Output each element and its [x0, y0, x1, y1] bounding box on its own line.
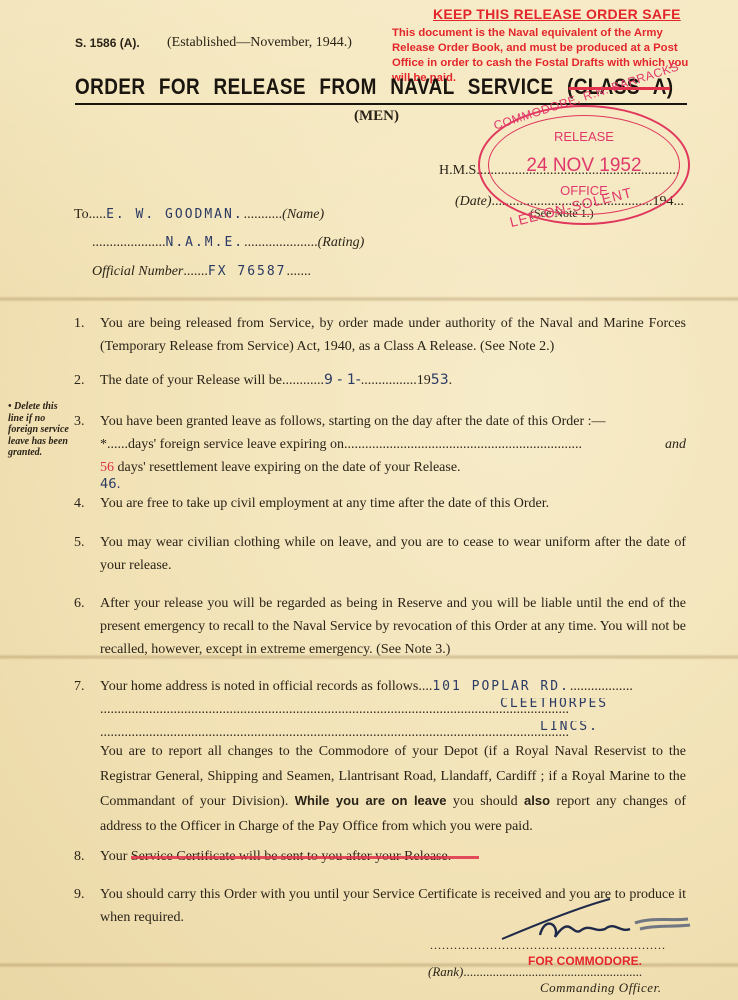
keep-safe-heading: KEEP THIS RELEASE ORDER SAFE: [433, 6, 681, 22]
signature-line: ........................................…: [430, 938, 666, 953]
established-date: (Established—November, 1944.): [167, 35, 352, 51]
address-line-3: LINCS.: [540, 721, 599, 738]
rating-value: N.A.M.E.: [166, 235, 245, 250]
stamp-release-label: RELEASE: [480, 129, 688, 144]
address-line-2: CLEETHORPES: [500, 698, 608, 715]
paragraph-3: 3. You have been granted leave as follow…: [74, 410, 686, 491]
release-month: 1: [347, 372, 356, 388]
leave-days-handwritten: 46.: [100, 479, 686, 491]
rating-field: .....................N.A.M.E............…: [92, 235, 364, 251]
release-year: 53: [431, 372, 449, 388]
margin-note: • Delete this line if no foreign service…: [8, 401, 72, 459]
release-day: 9: [324, 372, 333, 388]
commanding-officer-label: Commanding Officer.: [540, 980, 661, 996]
stamp-date: 24 NOV 1952: [480, 155, 688, 177]
rank-field: (Rank)..................................…: [428, 964, 642, 980]
paragraph-5: 5. You may wear civilian clothing while …: [74, 531, 686, 577]
leave-days-original: 56: [100, 460, 114, 475]
fold-crease: [0, 296, 738, 302]
paragraph-2: 2. The date of your Release will be.....…: [74, 369, 686, 392]
paragraph-1: 1. You are being released from Service, …: [74, 312, 686, 358]
struck-certificate-clause: Service Certificate will be sent to you …: [131, 849, 451, 864]
address-line-1: 101 POPLAR RD.: [432, 679, 570, 694]
paragraph-6: 6. After your release you will be regard…: [74, 592, 686, 661]
release-office-stamp: COMMODORE, R.N. BARRACKS RELEASE 24 NOV …: [478, 105, 690, 225]
paragraph-8: 8. Your Service Certificate will be sent…: [74, 845, 686, 868]
title-main: ORDER FOR RELEASE FROM NAVAL SERVICE: [75, 74, 567, 99]
paragraph-7: 7. Your home address is noted in officia…: [74, 675, 686, 744]
official-number-field: Official Number.......FX 76587.......: [92, 264, 311, 280]
recipient-name-value: E. W. GOODMAN.: [106, 207, 244, 222]
form-code: S. 1586 (A).: [75, 36, 140, 50]
paragraph-7-instructions: You are to report all changes to the Com…: [74, 740, 686, 839]
recipient-name-field: To.....E. W. GOODMAN............(Name): [74, 207, 324, 223]
official-number-value: FX 76587: [208, 264, 287, 279]
document-subtitle: (MEN): [354, 108, 399, 125]
paragraph-4: 4. You are free to take up civil employm…: [74, 492, 686, 515]
